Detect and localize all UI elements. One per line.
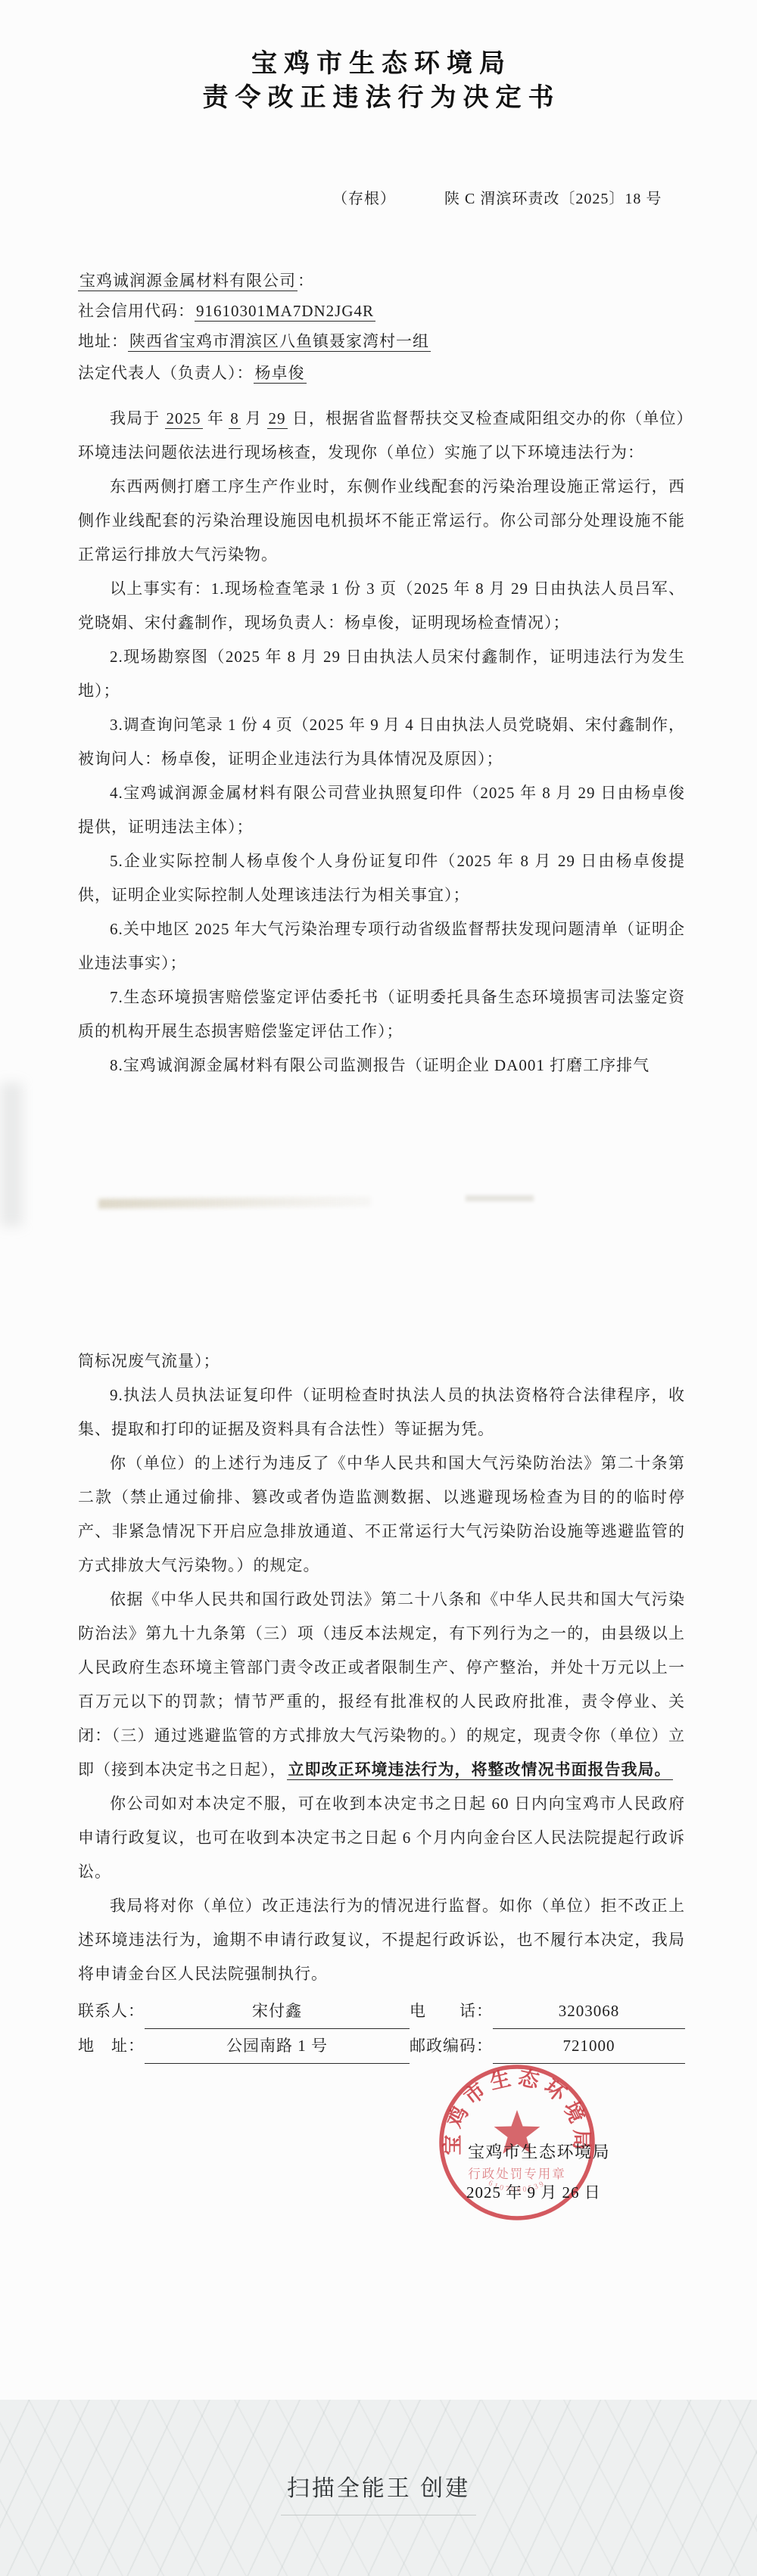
- signature-org: 宝鸡市生态环境局: [468, 2139, 610, 2163]
- paragraph-evidence-8: 8.宝鸡诚润源金属材料有限公司监测报告（证明企业 DA001 打磨工序排气: [78, 1049, 685, 1083]
- page-title: 宝鸡市生态环境局: [78, 47, 685, 81]
- paragraph-evidence-1: 以上事实有：1.现场检查笔录 1 份 3 页（2025 年 8 月 29 日由执…: [78, 572, 685, 640]
- order-directive: 立即改正环境违法行为，将整改情况书面报告我局。: [287, 1760, 673, 1780]
- document-title-block: 宝鸡市生态环境局 责令改正违法行为决定书: [78, 0, 685, 115]
- paragraph-order: 依据《中华人民共和国行政处罚法》第二十八条和《中华人民共和国大气污染防治法》第九…: [78, 1583, 685, 1787]
- scan-smudge: [466, 1195, 534, 1201]
- paragraph-evidence-5: 5.企业实际控制人杨卓俊个人身份证复印件（2025 年 8 月 29 日由杨卓俊…: [78, 844, 685, 912]
- paragraph-legal-basis: 你（单位）的上述行为违反了《中华人民共和国大气污染防治法》第二十条第二款（禁止通…: [78, 1446, 685, 1583]
- address-label: 地址：: [78, 332, 128, 350]
- credit-code-line: 社会信用代码：91610301MA7DN2JG4R: [78, 296, 685, 326]
- inspection-year: 2025: [165, 409, 203, 429]
- document-scan: 宝鸡市生态环境局 责令改正违法行为决定书 （存根） 陕 C 渭滨环责改〔2025…: [0, 0, 757, 2400]
- camscanner-caption: 扫描全能王 创建: [0, 2400, 757, 2503]
- signature-date: 2025 年 9 月 26 日: [466, 2180, 601, 2203]
- credit-code-label: 社会信用代码：: [78, 302, 195, 320]
- camscanner-footer: 扫描全能王 创建: [0, 2400, 757, 2576]
- contact-person-label: 联系人：: [78, 1994, 145, 2029]
- doc-type-title: 责令改正违法行为决定书: [78, 81, 685, 115]
- contact-row-1: 联系人： 宋付鑫 电 话： 3203068: [78, 1994, 685, 2029]
- scan-edge-noise: [0, 1083, 23, 1226]
- reference-row: （存根） 陕 C 渭滨环责改〔2025〕18 号: [78, 186, 685, 208]
- paragraph-evidence-4: 4.宝鸡诚润源金属材料有限公司营业执照复印件（2025 年 8 月 29 日由杨…: [78, 776, 685, 844]
- paragraph-evidence-7: 7.生态环境损害赔偿鉴定评估委托书（证明委托具备生态环境损害司法鉴定资质的机构开…: [78, 980, 685, 1049]
- company-name: 宝鸡诚润源金属材料有限公司: [78, 272, 298, 291]
- addressee-line: 宝鸡诚润源金属材料有限公司：: [78, 266, 685, 296]
- contact-person-value: 宋付鑫: [145, 1994, 410, 2029]
- legal-rep-label: 法定代表人（负责人）：: [78, 364, 254, 382]
- legal-rep-value: 杨卓俊: [254, 364, 307, 384]
- paragraph-evidence-2: 2.现场勘察图（2025 年 8 月 29 日由执法人员宋付鑫制作，证明违法行为…: [78, 640, 685, 708]
- phone-value: 3203068: [493, 1994, 685, 2029]
- paragraph-enforcement: 我局将对你（单位）改正违法行为的情况进行监督。如你（单位）拒不改正上述环境违法行…: [78, 1889, 685, 1991]
- paragraph-evidence-3: 3.调查询问笔录 1 份 4 页（2025 年 9 月 4 日由执法人员党晓娟、…: [78, 708, 685, 776]
- paragraph-evidence-8-continued: 筒标况废气流量）；: [78, 1344, 685, 1378]
- inspection-month: 8: [229, 409, 241, 429]
- address-value: 陕西省宝鸡市渭滨区八鱼镇聂家湾村一组: [128, 332, 431, 352]
- body-text-page-2: 筒标况废气流量）； 9.执法人员执法证复印件（证明检查时执法人员的执法资格符合法…: [78, 1344, 685, 1991]
- paragraph-evidence-9: 9.执法人员执法证复印件（证明检查时执法人员的执法资格符合法律程序，收集、提取和…: [78, 1378, 685, 1446]
- addressee-block: 宝鸡诚润源金属材料有限公司： 社会信用代码：91610301MA7DN2JG4R…: [78, 266, 685, 390]
- phone-label: 电 话：: [410, 1994, 493, 2029]
- contact-block: 联系人： 宋付鑫 电 话： 3203068 地 址： 公园南路 1 号 邮政编码…: [78, 1994, 685, 2064]
- paragraph-violation: 东西两侧打磨工序生产作业时，东侧作业线配套的污染治理设施正常运行，西侧作业线配套…: [78, 470, 685, 572]
- seal-inner-text: 行政处罚专用章: [468, 2166, 566, 2181]
- credit-code-value: 91610301MA7DN2JG4R: [195, 302, 375, 322]
- stub-label: （存根）: [332, 186, 396, 208]
- scan-smudge: [98, 1196, 371, 1208]
- paragraph-appeal-rights: 你公司如对本决定不服，可在收到本决定书之日起 60 日内向宝鸡市人民政府申请行政…: [78, 1787, 685, 1889]
- paragraph-evidence-6: 6.关中地区 2025 年大气污染治理专项行动省级监督帮扶发现问题清单（证明企业…: [78, 912, 685, 980]
- signature-area: 宝鸡市生态环境局 行政处罚专用章 6107000539 宝鸡市生态环境局 202…: [78, 2058, 685, 2400]
- page-break-shadow: [78, 1083, 685, 1332]
- document-page: 宝鸡市生态环境局 责令改正违法行为决定书 （存根） 陕 C 渭滨环责改〔2025…: [0, 0, 757, 2400]
- address-line: 地址：陕西省宝鸡市渭滨区八鱼镇聂家湾村一组: [78, 326, 685, 356]
- body-text-page-1: 我局于 2025 年 8 月 29 日，根据省监督帮扶交叉检查咸阳组交办的你（单…: [78, 402, 685, 1083]
- legal-rep-line: 法定代表人（负责人）：杨卓俊: [78, 356, 685, 390]
- footer-divider: [281, 2515, 476, 2515]
- ref-number: 陕 C 渭滨环责改〔2025〕18 号: [444, 186, 662, 208]
- inspection-day: 29: [267, 409, 288, 429]
- addressee-colon: ：: [298, 272, 314, 290]
- paragraph-intro: 我局于 2025 年 8 月 29 日，根据省监督帮扶交叉检查咸阳组交办的你（单…: [78, 402, 685, 470]
